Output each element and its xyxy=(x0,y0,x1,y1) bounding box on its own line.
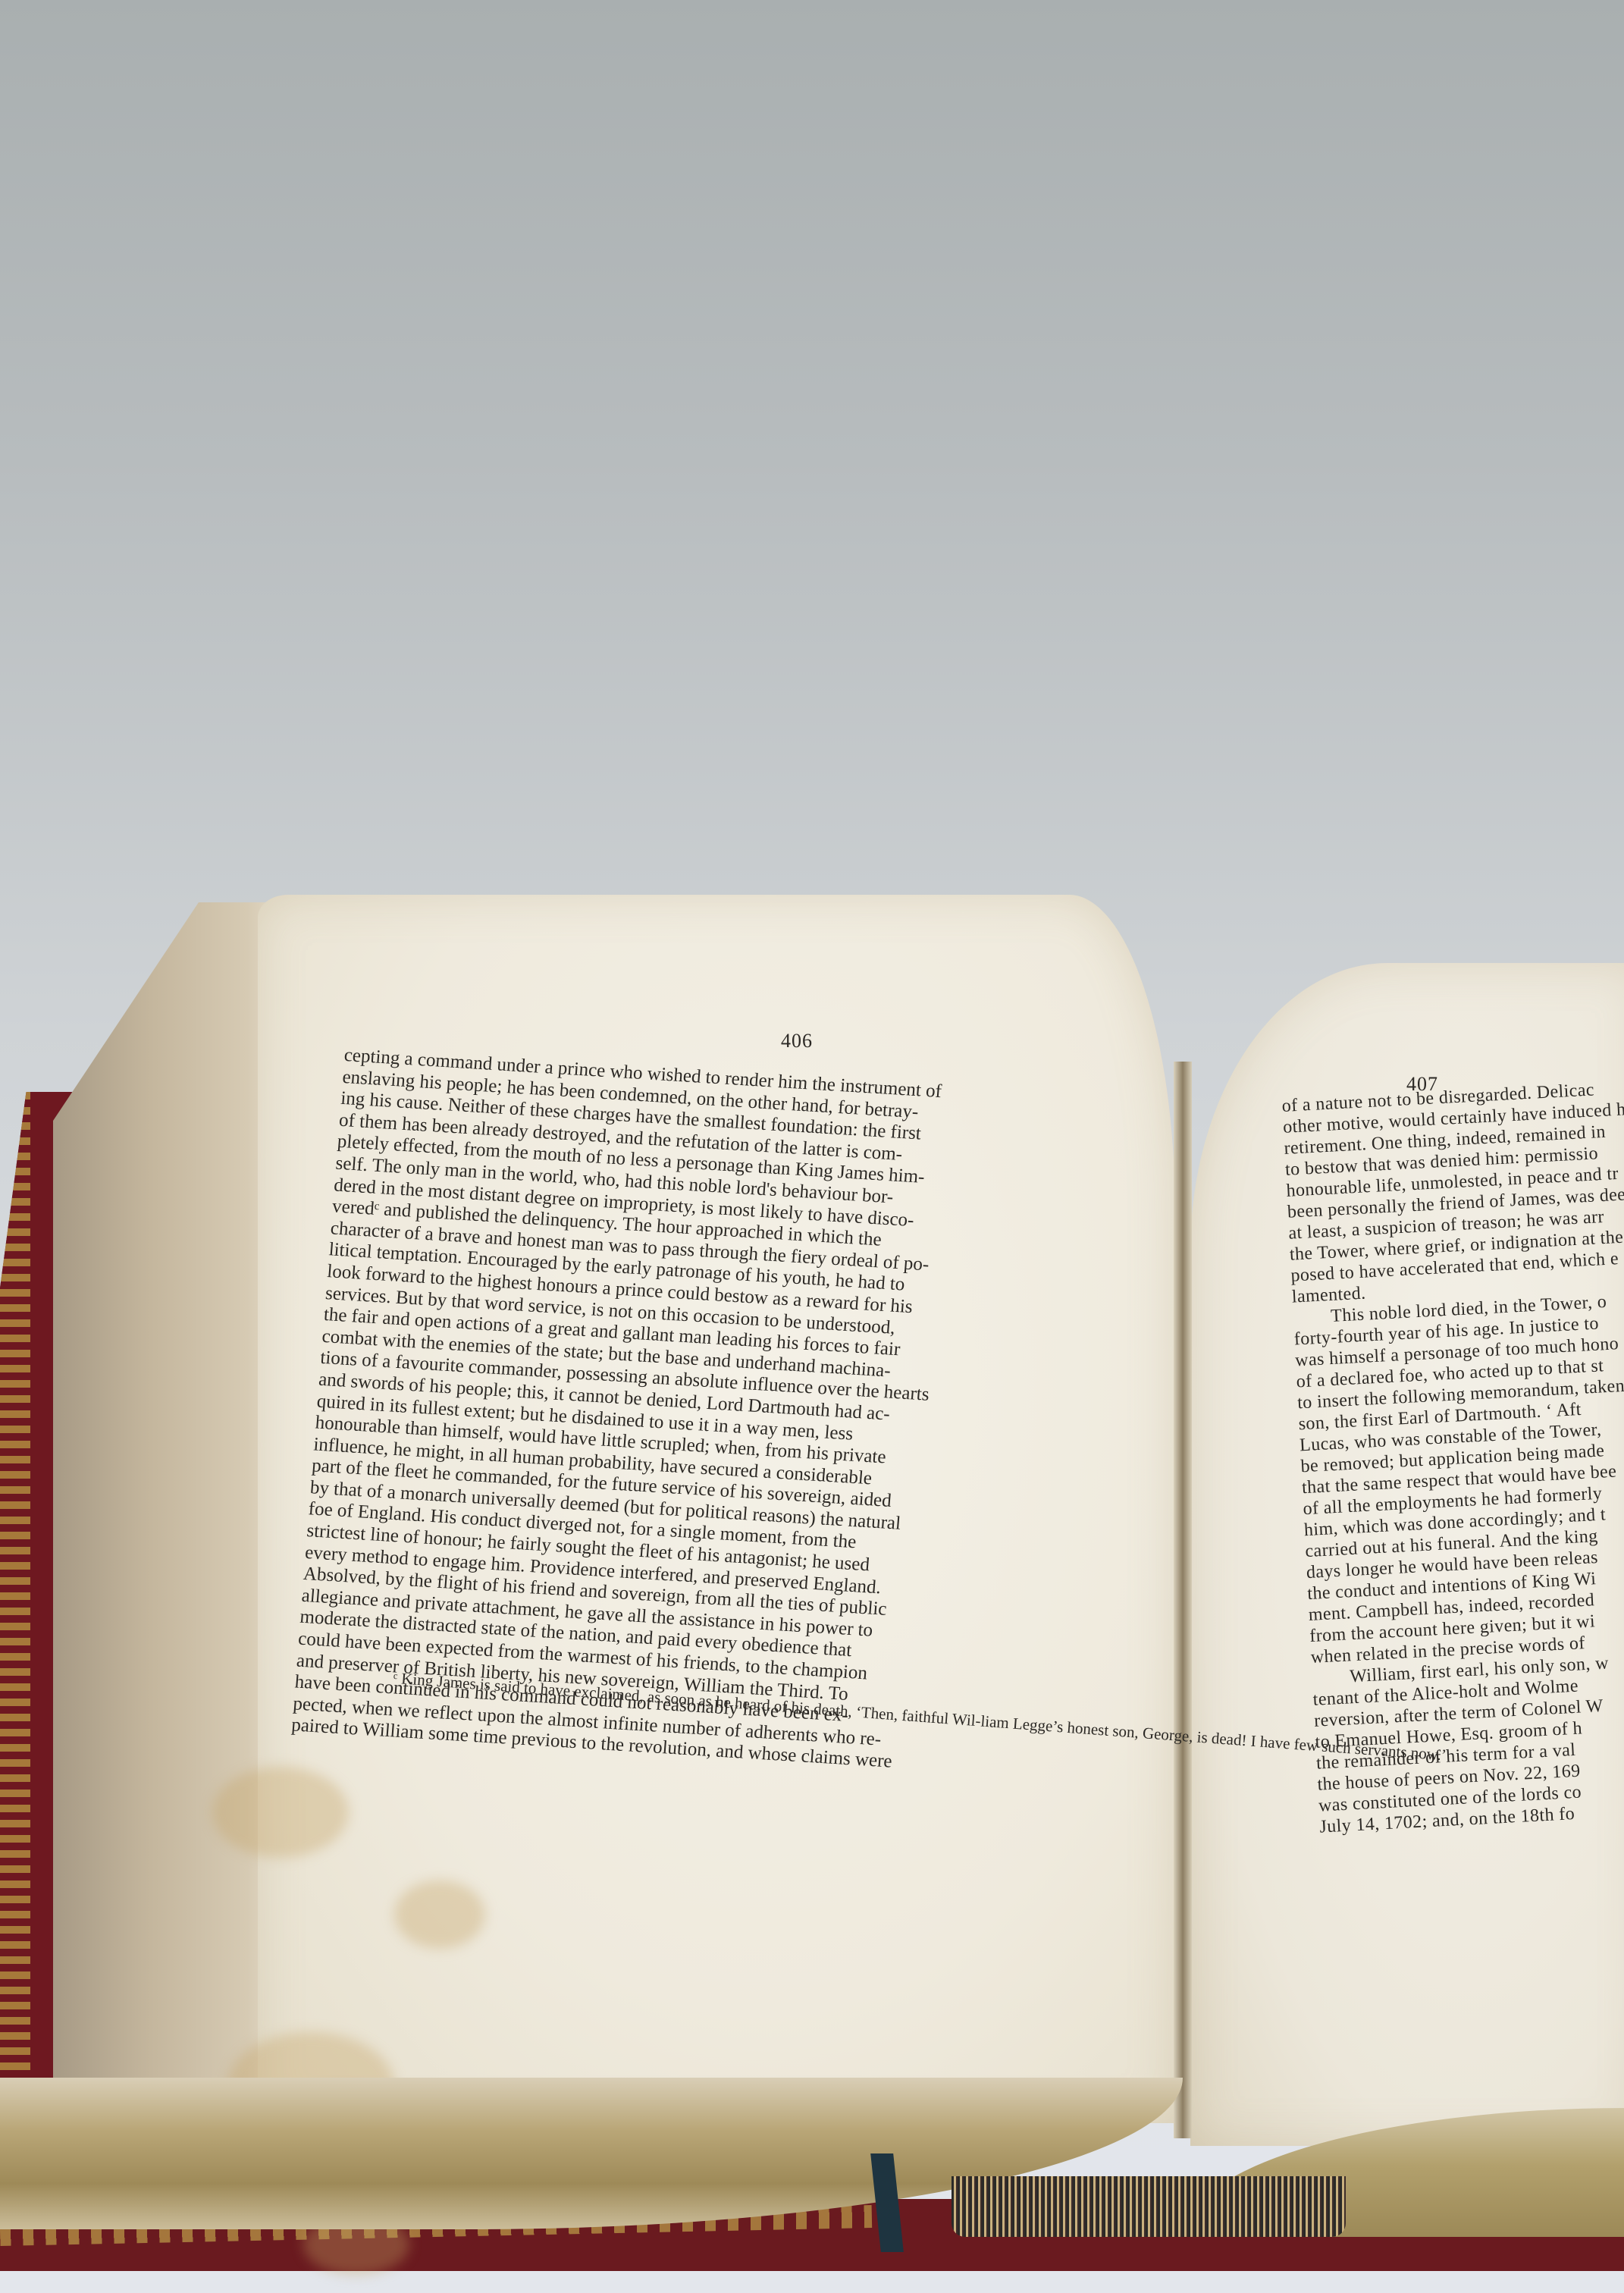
spine-headband xyxy=(952,2176,1346,2237)
book-photo-scene: 406 407 cepting a command under a prince… xyxy=(0,0,1624,2293)
gilt-tooling-border xyxy=(0,1092,30,2244)
right-page-body-text: of a nature not to be disregarded. Delic… xyxy=(1281,1076,1624,1838)
page-number-left: 406 xyxy=(781,1030,813,1052)
book-gutter xyxy=(1174,1062,1192,2138)
foxing-stain xyxy=(212,1767,349,1858)
foxing-stain xyxy=(394,1881,485,1949)
